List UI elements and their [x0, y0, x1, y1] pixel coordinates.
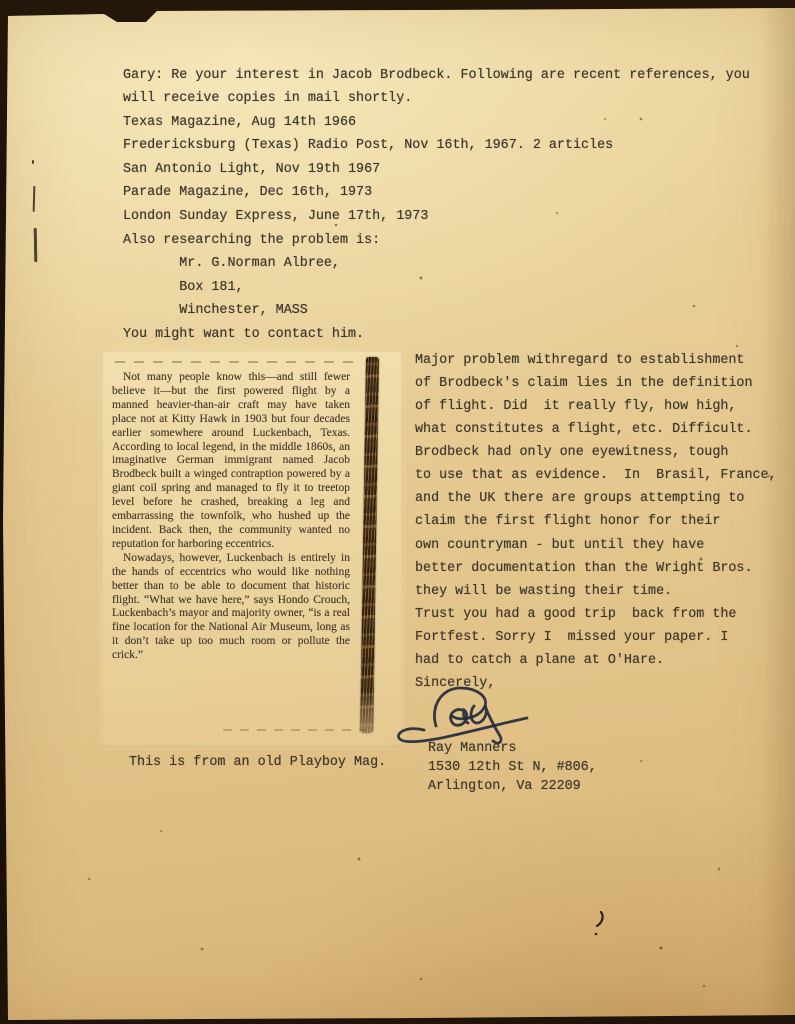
typed-line: had to catch a plane at O'Hare.: [415, 649, 777, 672]
typed-line: Gary: Re your interest in Jacob Brodbeck…: [123, 64, 750, 88]
body-block: Major problem withregard to establishmen…: [415, 349, 777, 695]
news-clipping: Not many people know this—and still fewe…: [103, 352, 401, 745]
glue-stain: [360, 357, 379, 733]
typed-line: will receive copies in mail shortly.: [123, 87, 750, 111]
paper-speckles: [0, 0, 2, 2]
reference-line: Parade Magazine, Dec 16th, 1973: [123, 181, 750, 205]
clipping-caption: This is from an old Playboy Mag.: [129, 755, 386, 771]
clipping-paragraph: Nowadays, however, Luckenbach is entirel…: [112, 552, 350, 663]
reference-line: San Antonio Light, Nov 19th 1967: [123, 158, 750, 182]
typed-line: they will be wasting their time.: [415, 580, 777, 603]
contact-line: Box 181,: [123, 276, 750, 300]
margin-dash-mark: [34, 228, 37, 262]
margin-dot-mark: [32, 160, 34, 164]
typed-line: You might want to contact him.: [123, 323, 750, 347]
typed-line: to use that as evidence. In Brasil, Fran…: [415, 464, 777, 487]
signoff-city: Arlington, Va 22209: [428, 777, 597, 796]
typed-line: own countryman - but until they have: [415, 534, 777, 557]
clipping-text: Not many people know this—and still fewe…: [112, 371, 350, 663]
signoff-name: Ray Manners: [428, 739, 597, 758]
contact-line: Mr. G.Norman Albree,: [123, 252, 750, 276]
reference-line: London Sunday Express, June 17th, 1973: [123, 205, 750, 229]
typed-line: and the UK there are groups attempting t…: [415, 487, 777, 510]
reference-line: Texas Magazine, Aug 14th 1966: [123, 111, 750, 135]
clipping-paragraph: Not many people know this—and still fewe…: [112, 371, 350, 552]
ink-flick-mark: [592, 910, 608, 938]
typed-line: what constitutes a flight, etc. Difficul…: [415, 418, 777, 441]
scanned-letter: Gary: Re your interest in Jacob Brodbeck…: [0, 0, 795, 1024]
typed-line: of Brodbeck's claim lies in the definiti…: [415, 372, 777, 395]
contact-line: Winchester, MASS: [123, 299, 750, 323]
typed-line: of flight. Did it really fly, how high,: [415, 395, 777, 418]
signoff-street: 1530 12th St N, #806,: [428, 758, 597, 777]
typed-line: better documentation than the Wright Bro…: [415, 557, 777, 580]
reference-line: Fredericksburg (Texas) Radio Post, Nov 1…: [123, 134, 750, 158]
typed-line: Also researching the problem is:: [123, 229, 750, 253]
typed-line: Fortfest. Sorry I missed your paper. I: [415, 626, 777, 649]
typed-line: Trust you had a good trip back from the: [415, 603, 777, 626]
letter-paper: Gary: Re your interest in Jacob Brodbeck…: [0, 0, 795, 1024]
typed-line: Brodbeck had only one eyewitness, tough: [415, 441, 777, 464]
typed-line: Major problem withregard to establishmen…: [415, 349, 777, 372]
typed-line: claim the first flight honor for their: [415, 510, 777, 533]
intro-block: Gary: Re your interest in Jacob Brodbeck…: [123, 64, 750, 347]
signoff-block: Ray Manners 1530 12th St N, #806, Arling…: [428, 739, 597, 796]
margin-dash-mark: [33, 186, 36, 212]
